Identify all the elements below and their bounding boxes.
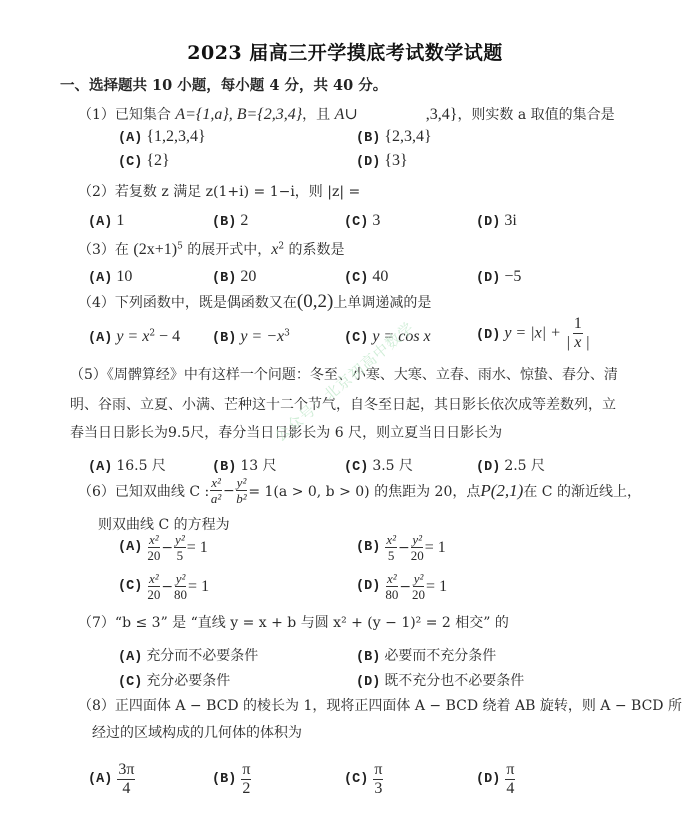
numerator: π [241,762,251,780]
q5-option-a: (A)16.5 尺 [88,455,166,475]
fraction: y²b² [236,476,248,505]
option-text: 10 [116,268,132,285]
q7-option-a: (A)充分而不必要条件 [118,645,258,665]
q6-option-c: (C)x²20−y²80 = 1 [118,572,209,601]
option-label: (C) [344,460,368,475]
option-math: y = −x [240,328,284,345]
option-text: 3 [372,212,380,229]
numerator: 1 [573,316,583,334]
question-2-stem: （2）若复数 z 满足 z(1+i) = 1−i，则 |z| = [78,181,360,201]
numerator: x² [210,476,222,491]
numerator: y² [411,533,423,548]
option-text: {3} [384,152,407,169]
denominator: 20 [411,548,424,562]
stem-text: 下列函数中，既是偶函数又在 [115,295,297,311]
denominator: 20 [412,587,425,601]
stem-text: = 1(a > 0, b > 0) 的焦距为 20，点 [248,481,480,501]
q2-option-c: (C)3 [344,212,380,230]
stem-math: A={1,a}, B={2,3,4} [175,106,302,123]
option-rhs: = 1 [187,539,208,557]
option-text: {2} [146,152,169,169]
q7-option-d: (D)既不充分也不必要条件 [356,670,524,690]
denominator: a² [211,491,221,505]
option-text: 3.5 尺 [372,458,413,474]
option-label: (B) [212,460,236,475]
fraction: 3π4 [117,762,135,797]
denominator: 80 [385,587,398,601]
stem-text: 正四面体 A − BCD 的棱长为 1，现将正四面体 A − BCD 绕着 AB… [115,698,682,714]
fraction: x²20 [147,572,160,601]
q8-option-a: (A)3π4 [88,762,136,797]
option-math: − 4 [155,328,180,345]
stem-text: 已知双曲线 C : [115,481,209,501]
q1-option-a: (A){1,2,3,4} [118,128,206,146]
option-label: (C) [344,331,368,346]
q3-option-b: (B)20 [212,268,256,286]
exam-title: 2023 届高三开学摸底考试数学试题 [0,38,690,65]
q4-option-d: (D)y = |x| + 1| x | [476,316,591,351]
option-rhs: = 1 [425,539,446,557]
denominator: 20 [147,587,160,601]
option-text: 40 [372,268,388,285]
option-label: (A) [118,650,142,665]
option-label: (C) [118,579,142,594]
question-number: （2） [78,184,115,200]
option-text: 既不充分也不必要条件 [384,673,524,689]
option-label: (D) [476,215,500,230]
numerator: y² [174,533,186,548]
q6-option-b: (B)x²5−y²20 = 1 [356,533,446,562]
stem-text: 在 [115,242,133,258]
option-label: (A) [88,215,112,230]
option-label: (D) [476,772,500,787]
q5-option-b: (B)13 尺 [212,455,277,475]
question-number: （5） [70,367,107,383]
stem-text: ，且 [302,107,334,123]
fraction: 1| x | [566,316,590,351]
option-label: (B) [212,215,236,230]
q8-option-b: (B)π2 [212,762,252,797]
numerator: π [505,762,515,780]
fraction: x²80 [385,572,398,601]
question-number: （4） [78,295,115,311]
stem-text: 已知集合 [115,107,175,123]
fraction: y²20 [412,572,425,601]
option-label: (B) [212,331,236,346]
fraction: x²a² [210,476,222,505]
q3-option-d: (D)−5 [476,268,521,286]
numerator: x² [386,572,398,587]
option-label: (D) [476,460,500,475]
q5-option-d: (D)2.5 尺 [476,455,545,475]
question-8-line-1: （8）正四面体 A − BCD 的棱长为 1，现将正四面体 A − BCD 绕着… [78,695,682,715]
question-1-stem: （1）已知集合 A={1,a}, B={2,3,4}，且 A∪,3,4}，则实数… [78,104,615,124]
option-label: (D) [356,675,380,690]
question-number: （7） [78,615,115,631]
numerator: x² [148,533,160,548]
option-label: (A) [88,772,112,787]
denominator: 4 [506,780,514,797]
stem-math: P(2,1) [480,481,523,501]
denominator: 2 [242,780,250,797]
stem-math: A∪ [335,106,358,123]
option-label: (A) [88,331,112,346]
question-5-line-2: 明、谷雨、立夏、小满、芒种这十二个节气，自冬至日起，其日影长依次成等差数列，立 [70,394,616,414]
option-label: (B) [212,772,236,787]
q8-option-c: (C)π3 [344,762,384,797]
question-8-line-2: 经过的区域构成的几何体的体积为 [92,722,302,742]
question-4-stem: （4）下列函数中，既是偶函数又在(0,2)上单调递减的是 [78,291,431,313]
section-heading: 一、选择题共 10 小题，每小题 4 分，共 40 分。 [60,74,387,95]
option-label: (D) [476,271,500,286]
denominator: b² [236,491,246,505]
option-label: (A) [88,271,112,286]
fraction: π2 [241,762,251,797]
q6-option-a: (A)x²20−y²5 = 1 [118,533,208,562]
question-7-stem: （7）“b ≤ 3” 是 “直线 y = x + b 与圆 x² + (y − … [78,612,509,632]
numerator: π [373,762,383,780]
denominator: 5 [388,548,395,562]
denominator: | x | [566,334,590,351]
q6-option-d: (D)x²80−y²20 = 1 [356,572,447,601]
option-text: 必要而不充分条件 [384,648,496,664]
option-text: 3i [504,212,516,229]
q4-option-a: (A)y = x2 − 4 [88,328,180,346]
fraction: π4 [505,762,515,797]
option-label: (D) [356,579,380,594]
stem-text: 的系数是 [284,242,344,258]
stem-math: (0,2) [297,291,333,312]
fraction: y²20 [411,533,424,562]
option-label: (B) [356,131,380,146]
option-label: (D) [476,328,500,343]
option-text: {2,3,4} [384,128,431,145]
option-label: (C) [344,772,368,787]
option-text: −5 [504,268,521,285]
option-text: 16.5 尺 [116,458,166,474]
q3-option-c: (C)40 [344,268,388,286]
stem-text: 的展开式中， [183,242,271,258]
option-label: (A) [118,540,142,555]
stem-text: ，则实数 a 取值的集合是 [457,107,614,123]
stem-text: “b ≤ 3” 是 “直线 y = x + b 与圆 x² + (y − 1)²… [115,615,509,631]
denominator: 5 [177,548,184,562]
q2-option-d: (D)3i [476,212,517,230]
option-text: 13 尺 [240,458,276,474]
question-number: （6） [78,481,115,501]
q8-option-d: (D)π4 [476,762,516,797]
option-text: 2 [240,212,248,229]
fraction: x²20 [147,533,160,562]
fraction: x²5 [385,533,397,562]
option-label: (D) [356,155,380,170]
numerator: y² [413,572,425,587]
q7-option-c: (C)充分必要条件 [118,670,230,690]
stem-text: 上单调递减的是 [333,295,431,311]
option-rhs: = 1 [426,578,447,596]
q2-option-b: (B)2 [212,212,248,230]
q4-option-b: (B)y = −x3 [212,328,290,346]
stem-math: ,3,4} [426,106,458,123]
question-3-stem: （3）在 (2x+1)5 的展开式中，x2 的系数是 [78,239,345,259]
q5-option-c: (C)3.5 尺 [344,455,413,475]
option-label: (A) [88,460,112,475]
option-label: (B) [356,650,380,665]
numerator: x² [385,533,397,548]
q1-option-b: (B){2,3,4} [356,128,432,146]
option-label: (C) [118,675,142,690]
numerator: y² [236,476,248,491]
denominator: 80 [174,587,187,601]
option-label: (B) [356,540,380,555]
option-text: 充分必要条件 [146,673,230,689]
denominator: 4 [122,780,130,797]
option-label: (C) [118,155,142,170]
q3-option-a: (A)10 [88,268,132,286]
question-number: （3） [78,242,115,258]
fraction: y²80 [174,572,187,601]
option-math: y = x [116,328,149,345]
q7-option-b: (B)必要而不充分条件 [356,645,496,665]
q1-option-c: (C){2} [118,152,170,170]
option-text: 充分而不必要条件 [146,648,258,664]
numerator: x² [148,572,160,587]
q2-option-a: (A)1 [88,212,124,230]
option-text: 1 [116,212,124,229]
option-math: y = |x| + [504,325,565,342]
numerator: 3π [117,762,135,780]
question-6-stem: （6）已知双曲线 C : x²a² − y²b² = 1(a > 0, b > … [78,476,641,505]
stem-text: 在 C 的渐近线上， [523,481,641,501]
option-text: {1,2,3,4} [146,128,205,145]
q1-option-d: (D){3} [356,152,408,170]
fraction: π3 [373,762,383,797]
option-label: (C) [344,215,368,230]
option-text: 2.5 尺 [504,458,545,474]
denominator: 20 [147,548,160,562]
operator: − [223,483,235,499]
stem-text: 若复数 z 满足 z(1+i) = 1−i，则 |z| = [115,184,360,200]
option-rhs: = 1 [188,578,209,596]
fraction: y²5 [174,533,186,562]
numerator: y² [175,572,187,587]
question-6-line-2: 则双曲线 C 的方程为 [98,514,230,534]
question-number: （1） [78,107,115,123]
question-number: （8） [78,698,115,714]
option-text: 20 [240,268,256,285]
exponent: 3 [284,328,290,338]
option-label: (B) [212,271,236,286]
stem-math: (2x+1) [133,241,177,258]
option-label: (A) [118,131,142,146]
option-label: (C) [344,271,368,286]
denominator: 3 [374,780,382,797]
